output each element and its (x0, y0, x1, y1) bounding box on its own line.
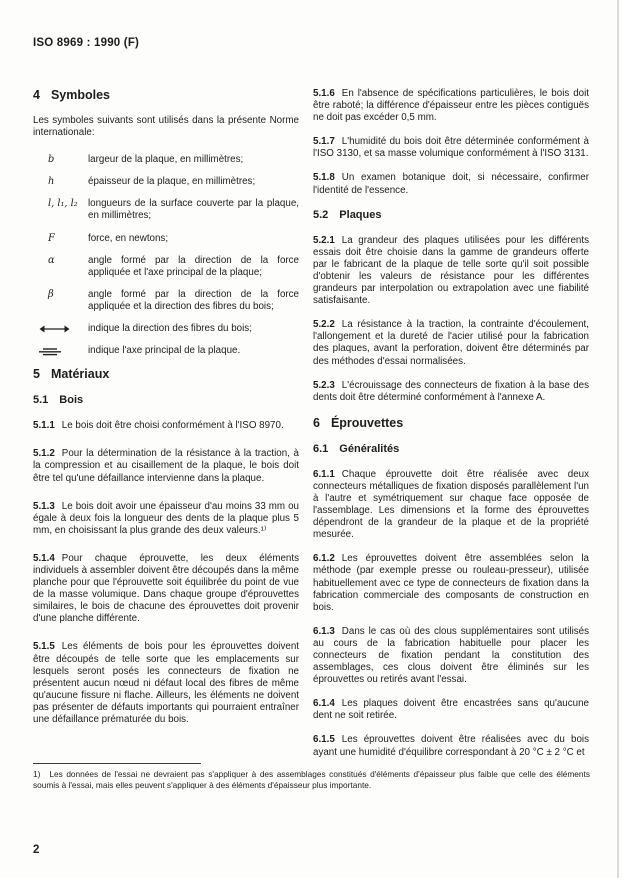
paragraph-5-1-7: 5.1.7L'humidité du bois doit être déterm… (313, 136, 589, 160)
paragraph-5-2-1: 5.2.1La grandeur des plaques utilisées p… (313, 235, 589, 308)
symbol-definition: largeur de la plaque, en millimètres; (88, 154, 299, 166)
symbol-definition: indique la direction des fibres du bois; (88, 323, 299, 335)
paragraph-5-1-3: 5.1.3Le bois doit avoir une épaisseur d'… (33, 501, 299, 537)
symbol-term-beta: β (48, 289, 88, 313)
symbols-list: b largeur de la plaque, en millimètres; … (33, 154, 299, 357)
section-5-heading: 5Matériaux (33, 367, 299, 381)
clause-text: Pour chaque éprouvette, les deux élément… (33, 553, 299, 624)
clause-number: 5.1.4 (33, 553, 55, 564)
symbol-row-h: h épaisseur de la plaque, en millimètres… (33, 176, 299, 188)
clause-text: La résistance à la traction, la contrain… (313, 319, 589, 366)
paragraph-5-1-4: 5.1.4Pour chaque éprouvette, les deux él… (33, 553, 299, 626)
clause-text: Les éprouvettes doivent être assemblées … (313, 553, 589, 612)
symbol-definition: longueurs de la surface couverte par la … (88, 198, 299, 222)
symbol-row-F: F force, en newtons; (33, 233, 299, 245)
clause-text: Les éléments de bois pour les éprouvette… (33, 641, 299, 725)
section-6-label: Éprouvettes (331, 416, 403, 430)
clause-number: 5.2.2 (313, 319, 335, 330)
clause-text: Les plaques doivent être encastrées sans… (313, 698, 589, 721)
section-5-1-number: 5.1 (33, 394, 48, 406)
clause-text: Chaque éprouvette doit être réalisée ave… (313, 469, 589, 540)
paragraph-6-1-4: 6.1.4Les plaques doivent être encastrées… (313, 698, 589, 722)
symbol-term-F: F (48, 233, 88, 245)
clause-text: Le bois doit avoir une épaisseur d'au mo… (33, 501, 299, 536)
section-4-heading: 4Symboles (33, 88, 299, 102)
paragraph-5-1-1: 5.1.1Le bois doit être choisi conforméme… (33, 420, 299, 432)
paragraph-5-1-5: 5.1.5Les éléments de bois pour les éprou… (33, 641, 299, 726)
symbol-definition: épaisseur de la plaque, en millimètres; (88, 176, 299, 188)
symbol-term-h: h (48, 176, 88, 188)
section-4-label: Symboles (51, 88, 110, 102)
symbol-row-alpha: α angle formé par la direction de la for… (33, 255, 299, 279)
section-5-number: 5 (33, 367, 40, 381)
paragraph-5-1-8: 5.1.8Un examen botanique doit, si nécess… (313, 172, 589, 196)
clause-text: L'écrouissage des connecteurs de fixatio… (313, 380, 589, 403)
symbol-definition: angle formé par la direction de la force… (88, 255, 299, 279)
principal-axis-icon (39, 345, 88, 357)
clause-number: 5.1.1 (33, 420, 55, 431)
right-column: 5.1.6En l'absence de spécifications part… (313, 88, 589, 771)
symbol-definition: force, en newtons; (88, 233, 299, 245)
clause-text: Les éprouvettes doivent être réalisées a… (313, 734, 589, 757)
two-column-body: 4Symboles Les symboles suivants sont uti… (33, 88, 589, 771)
footnote: 1)Les données de l'essai ne devraient pa… (33, 769, 590, 790)
symbols-intro-text: Les symboles suivants sont utilisés dans… (33, 115, 299, 139)
grain-direction-arrow-icon (39, 323, 88, 335)
symbol-row-b: b largeur de la plaque, en millimètres; (33, 154, 299, 166)
footnote-divider (33, 763, 201, 764)
section-5-1-heading: 5.1Bois (33, 394, 299, 406)
page-number: 2 (33, 844, 39, 856)
paragraph-5-2-3: 5.2.3L'écrouissage des connecteurs de fi… (313, 380, 589, 404)
paragraph-5-2-2: 5.2.2La résistance à la traction, la con… (313, 319, 589, 367)
clause-text: Le bois doit être choisi conformément à … (62, 420, 284, 431)
paragraph-6-1-1: 6.1.1Chaque éprouvette doit être réalisé… (313, 469, 589, 542)
paragraph-6-1-2: 6.1.2Les éprouvettes doivent être assemb… (313, 553, 589, 613)
symbol-term-b: b (48, 154, 88, 166)
section-5-1-label: Bois (59, 394, 83, 406)
clause-number: 5.2.3 (313, 380, 335, 391)
section-5-2-number: 5.2 (313, 209, 328, 221)
paragraph-5-1-2: 5.1.2Pour la détermination de la résista… (33, 448, 299, 484)
clause-text: Pour la détermination de la résistance à… (33, 448, 299, 483)
section-6-1-heading: 6.1Généralités (313, 443, 589, 455)
clause-number: 5.1.7 (313, 136, 335, 147)
section-6-1-label: Généralités (339, 443, 399, 455)
footnote-marker: 1) (33, 769, 40, 779)
clause-number: 5.2.1 (313, 235, 335, 246)
clause-number: 5.1.6 (313, 88, 335, 99)
section-6-heading: 6Éprouvettes (313, 416, 589, 430)
footnote-text: Les données de l'essai ne devraient pas … (33, 769, 590, 790)
section-5-label: Matériaux (51, 367, 109, 381)
document-reference-title: ISO 8969 : 1990 (F) (33, 37, 139, 49)
document-page: ISO 8969 : 1990 (F) 4Symboles Les symbol… (0, 0, 622, 878)
symbol-definition: indique l'axe principal de la plaque. (88, 345, 299, 357)
section-5-2-heading: 5.2Plaques (313, 209, 589, 221)
symbol-term-alpha: α (48, 255, 88, 279)
clause-number: 6.1.2 (313, 553, 335, 564)
paragraph-6-1-5: 6.1.5Les éprouvettes doivent être réalis… (313, 734, 589, 758)
symbol-row-beta: β angle formé par la direction de la for… (33, 289, 299, 313)
clause-number: 5.1.8 (313, 172, 335, 183)
footnote-area: 1)Les données de l'essai ne devraient pa… (33, 763, 590, 790)
clause-number: 5.1.2 (33, 448, 55, 459)
section-4-number: 4 (33, 88, 40, 102)
symbol-term-l: l, l₁, l₂ (48, 198, 88, 222)
clause-text: En l'absence de spécifications particuli… (313, 88, 589, 123)
section-6-number: 6 (313, 416, 320, 430)
clause-number: 6.1.5 (313, 734, 335, 745)
clause-number: 5.1.5 (33, 641, 55, 652)
section-5-2-label: Plaques (339, 209, 381, 221)
clause-text: La grandeur des plaques utilisées pour l… (313, 235, 589, 306)
scan-edge-artifact (617, 0, 619, 878)
clause-text: Un examen botanique doit, si nécessaire,… (313, 172, 589, 195)
symbol-row-l: l, l₁, l₂ longueurs de la surface couver… (33, 198, 299, 222)
section-6-1-number: 6.1 (313, 443, 328, 455)
clause-number: 5.1.3 (33, 501, 55, 512)
paragraph-6-1-3: 6.1.3Dans le cas où des clous supplément… (313, 626, 589, 686)
symbol-row-principal-axis: indique l'axe principal de la plaque. (33, 345, 299, 357)
clause-number: 6.1.3 (313, 626, 335, 637)
clause-number: 6.1.1 (313, 469, 335, 480)
left-column: 4Symboles Les symboles suivants sont uti… (33, 88, 299, 771)
symbol-definition: angle formé par la direction de la force… (88, 289, 299, 313)
clause-text: L'humidité du bois doit être déterminée … (313, 136, 589, 159)
clause-number: 6.1.4 (313, 698, 335, 709)
symbol-row-grain-direction: indique la direction des fibres du bois; (33, 323, 299, 335)
paragraph-5-1-6: 5.1.6En l'absence de spécifications part… (313, 88, 589, 124)
clause-text: Dans le cas où des clous supplémentaires… (313, 626, 589, 685)
